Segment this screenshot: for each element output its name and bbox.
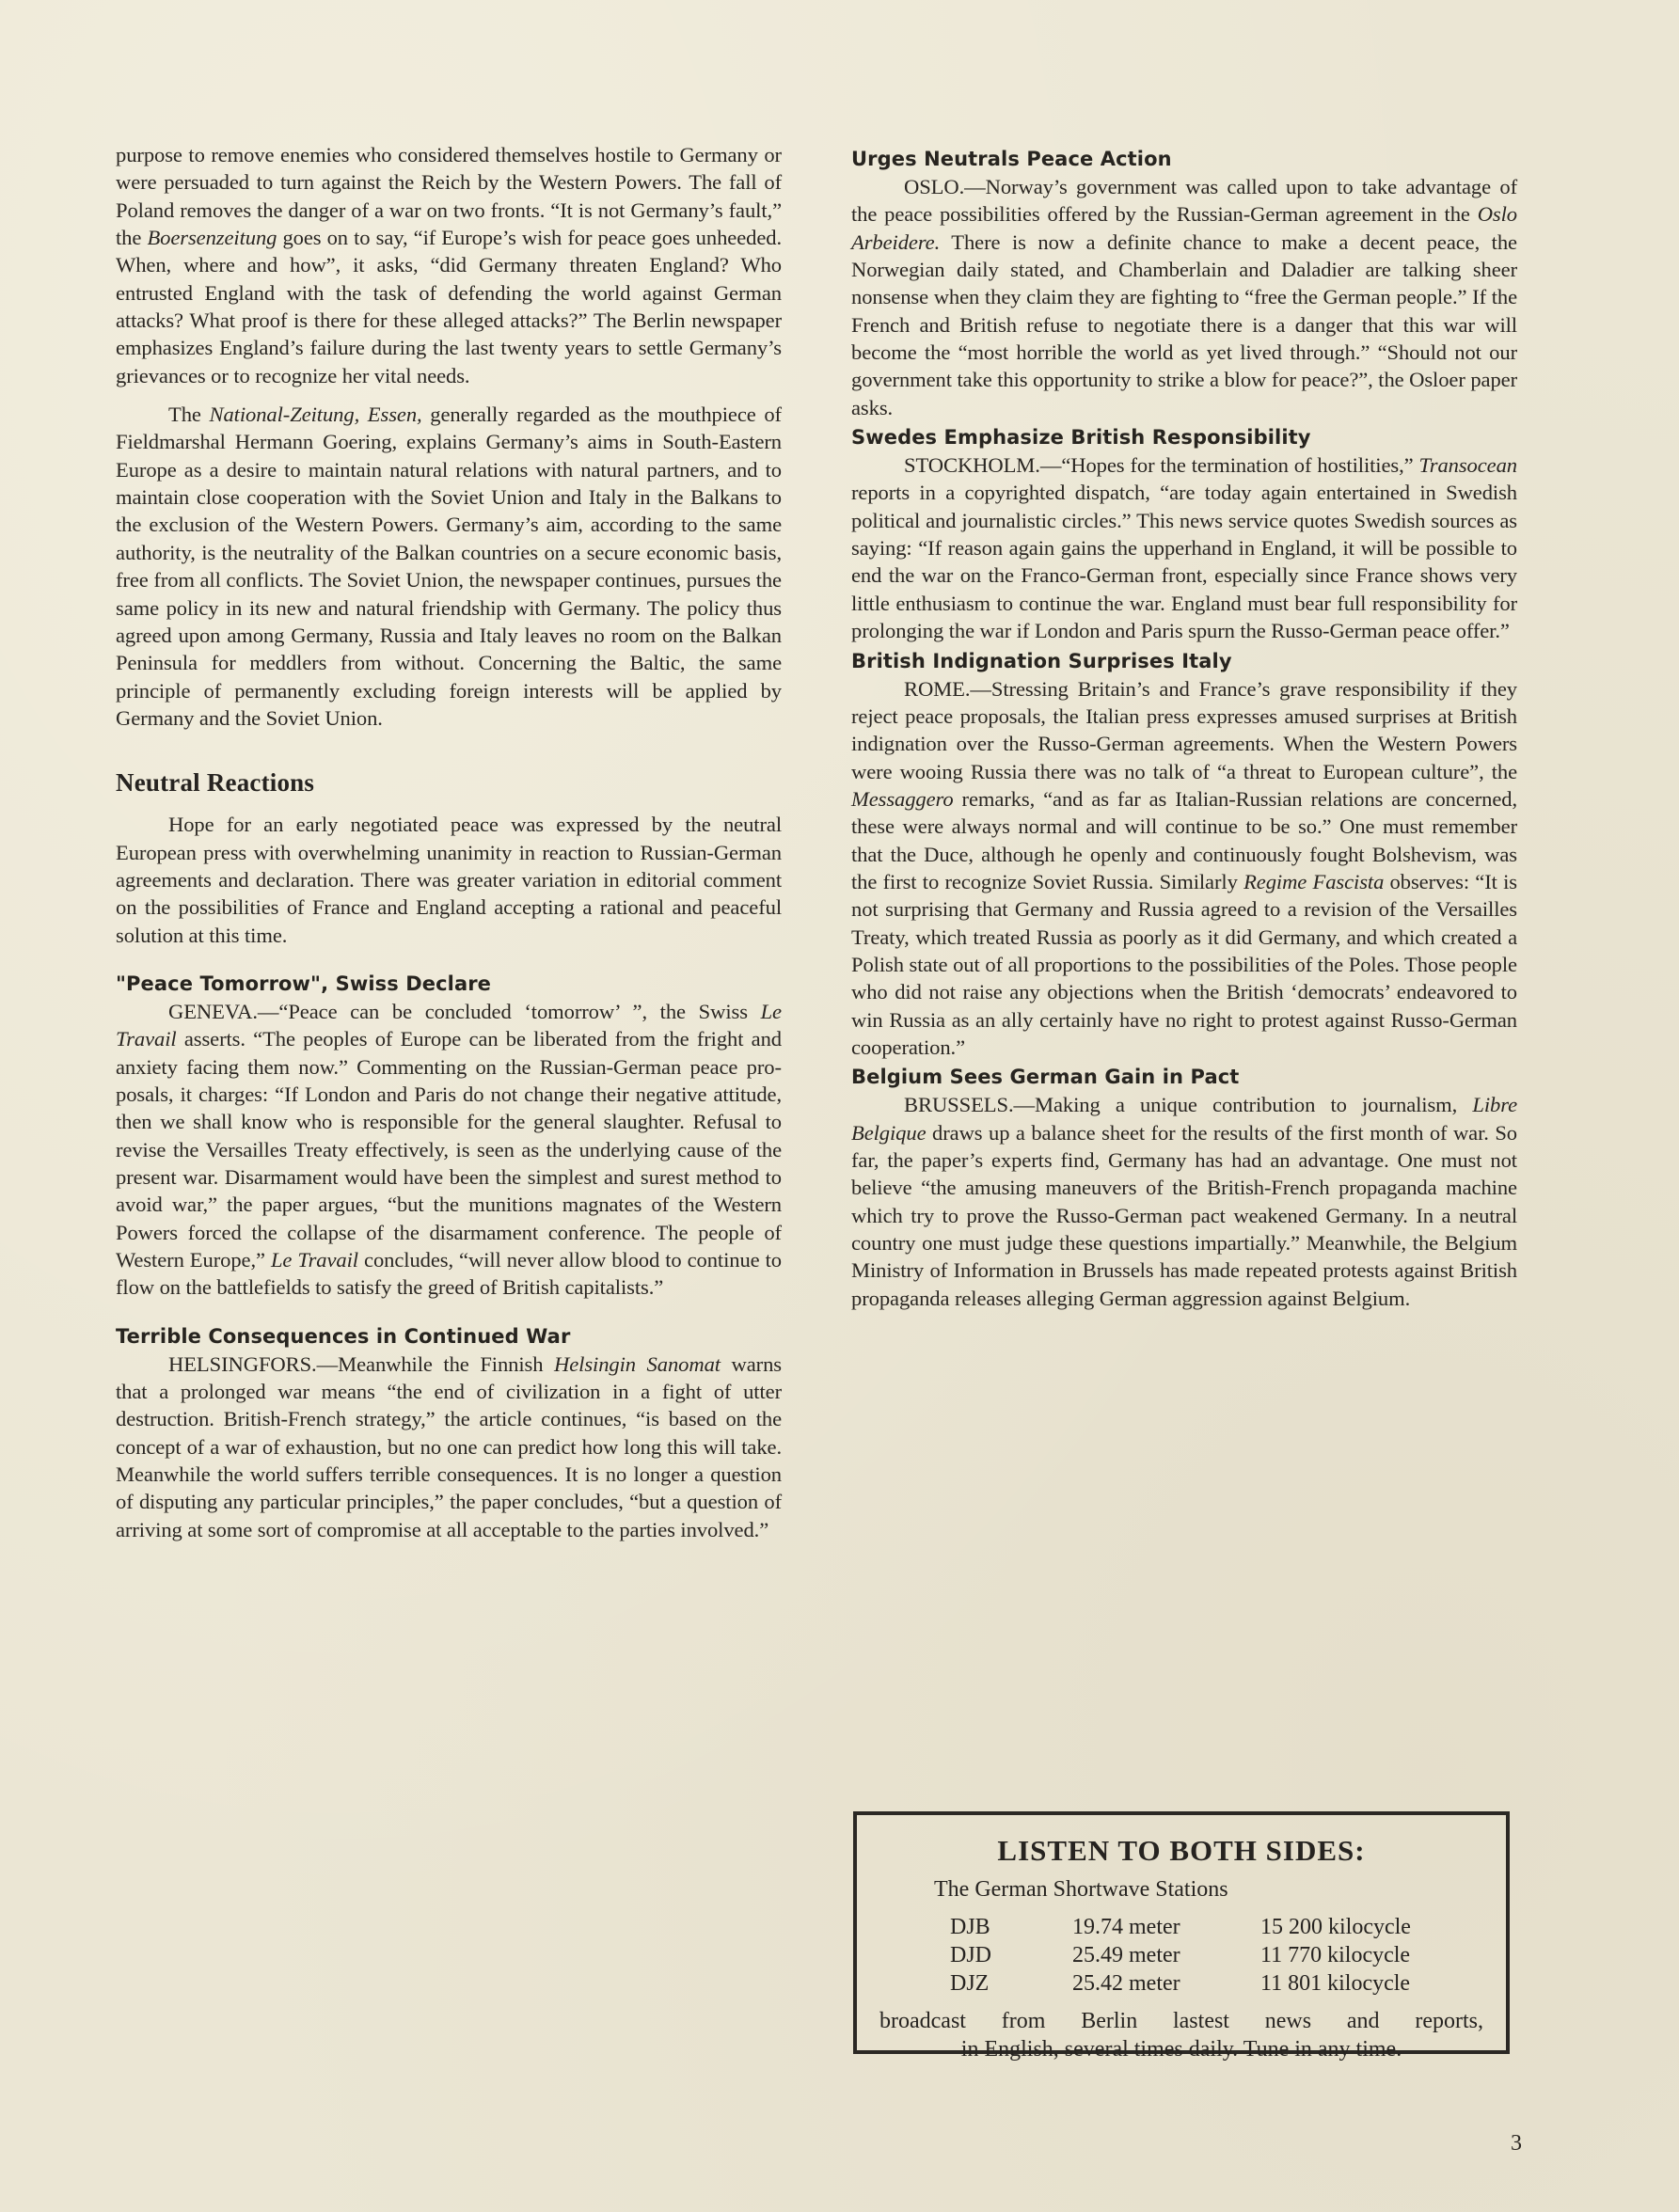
station-wavelength: 25.49 meter xyxy=(1072,1941,1260,1969)
publication-name: Oslo Arbeidere. xyxy=(851,202,1517,253)
station-call-sign: DJZ xyxy=(895,1969,1072,1998)
article-geneva: GENEVA.—“Peace can be concluded ‘tomorro… xyxy=(116,998,782,1302)
station-row: DJZ25.42 meter11 801 kilocycle xyxy=(895,1969,1467,1998)
headline-british-indignation: British Indignation Surprises Italy xyxy=(851,647,1517,675)
station-row: DJB19.74 meter15 200 kilocycle xyxy=(895,1913,1467,1941)
publication-name: Le Travail xyxy=(116,1000,782,1051)
ad-subtitle: The German Shortwave Stations xyxy=(857,1875,1506,1904)
publication-name: Libre Belgique xyxy=(851,1093,1517,1144)
station-frequency: 11 801 kilocycle xyxy=(1260,1969,1467,1998)
magazine-page: purpose to remove enemies who considered… xyxy=(0,0,1679,2212)
station-frequency: 11 770 kilocycle xyxy=(1260,1941,1467,1969)
stations-table: DJB19.74 meter15 200 kilocycleDJD25.49 m… xyxy=(895,1913,1467,1998)
paragraph-neutral-intro: Hope for an early negotiated peace was e… xyxy=(116,811,782,949)
publication-name: Transocean xyxy=(1419,453,1517,477)
article-helsingfors: HELSINGFORS.—Meanwhile the Finnish Helsi… xyxy=(116,1351,782,1543)
publication-name: Messaggero xyxy=(851,787,954,811)
headline-belgium-sees: Belgium Sees German Gain in Pact xyxy=(851,1063,1517,1091)
publication-name: Boersenzeitung xyxy=(147,226,277,249)
publication-name: Helsingin Sanomat xyxy=(554,1352,721,1376)
publication-name: National-Zeitung, Essen, xyxy=(210,403,422,426)
page-number: 3 xyxy=(1511,2131,1522,2157)
ad-footer: broadcast from Berlin lastest news and r… xyxy=(857,2007,1506,2063)
ad-footer-line: broadcast from Berlin lastest news and r… xyxy=(879,2007,1483,2035)
headline-swedes-emphasize: Swedes Emphasize British Responsibility xyxy=(851,423,1517,451)
station-frequency: 15 200 kilocycle xyxy=(1260,1913,1467,1941)
section-title-neutral-reactions: Neutral Reactions xyxy=(116,767,782,798)
left-column: purpose to remove enemies who considered… xyxy=(116,141,782,1543)
publication-name: Le Travail xyxy=(271,1248,358,1272)
headline-terrible-consequences: Terrible Consequences in Continued War xyxy=(116,1322,782,1351)
ad-footer-line: in English, several times daily. Tune in… xyxy=(879,2035,1483,2063)
article-rome: ROME.—Stressing Britain’s and France’s g… xyxy=(851,675,1517,1062)
headline-peace-tomorrow: "Peace Tomorrow", Swiss Declare xyxy=(116,970,782,998)
station-call-sign: DJB xyxy=(895,1913,1072,1941)
article-oslo: OSLO.—Norway’s government was called upo… xyxy=(851,173,1517,421)
article-brussels: BRUSSELS.—Making a unique contribution t… xyxy=(851,1091,1517,1312)
station-row: DJD25.49 meter11 770 kilocycle xyxy=(895,1941,1467,1969)
ad-title: LISTEN TO BOTH SIDES: xyxy=(857,1834,1506,1868)
station-wavelength: 25.42 meter xyxy=(1072,1969,1260,1998)
paragraph-national-zeitung: The National-Zeitung, Essen, generally r… xyxy=(116,401,782,732)
right-column: Urges Neutrals Peace Action OSLO.—Norway… xyxy=(851,145,1517,1312)
station-wavelength: 19.74 meter xyxy=(1072,1913,1260,1941)
paragraph-boersenzeitung: purpose to remove enemies who considered… xyxy=(116,141,782,389)
publication-name: Regime Fascista xyxy=(1243,870,1384,893)
station-call-sign: DJD xyxy=(895,1941,1072,1969)
headline-urges-neutrals: Urges Neutrals Peace Action xyxy=(851,145,1517,173)
shortwave-ad-box: LISTEN TO BOTH SIDES: The German Shortwa… xyxy=(853,1811,1510,2054)
article-stockholm: STOCKHOLM.—“Hopes for the termination of… xyxy=(851,451,1517,644)
